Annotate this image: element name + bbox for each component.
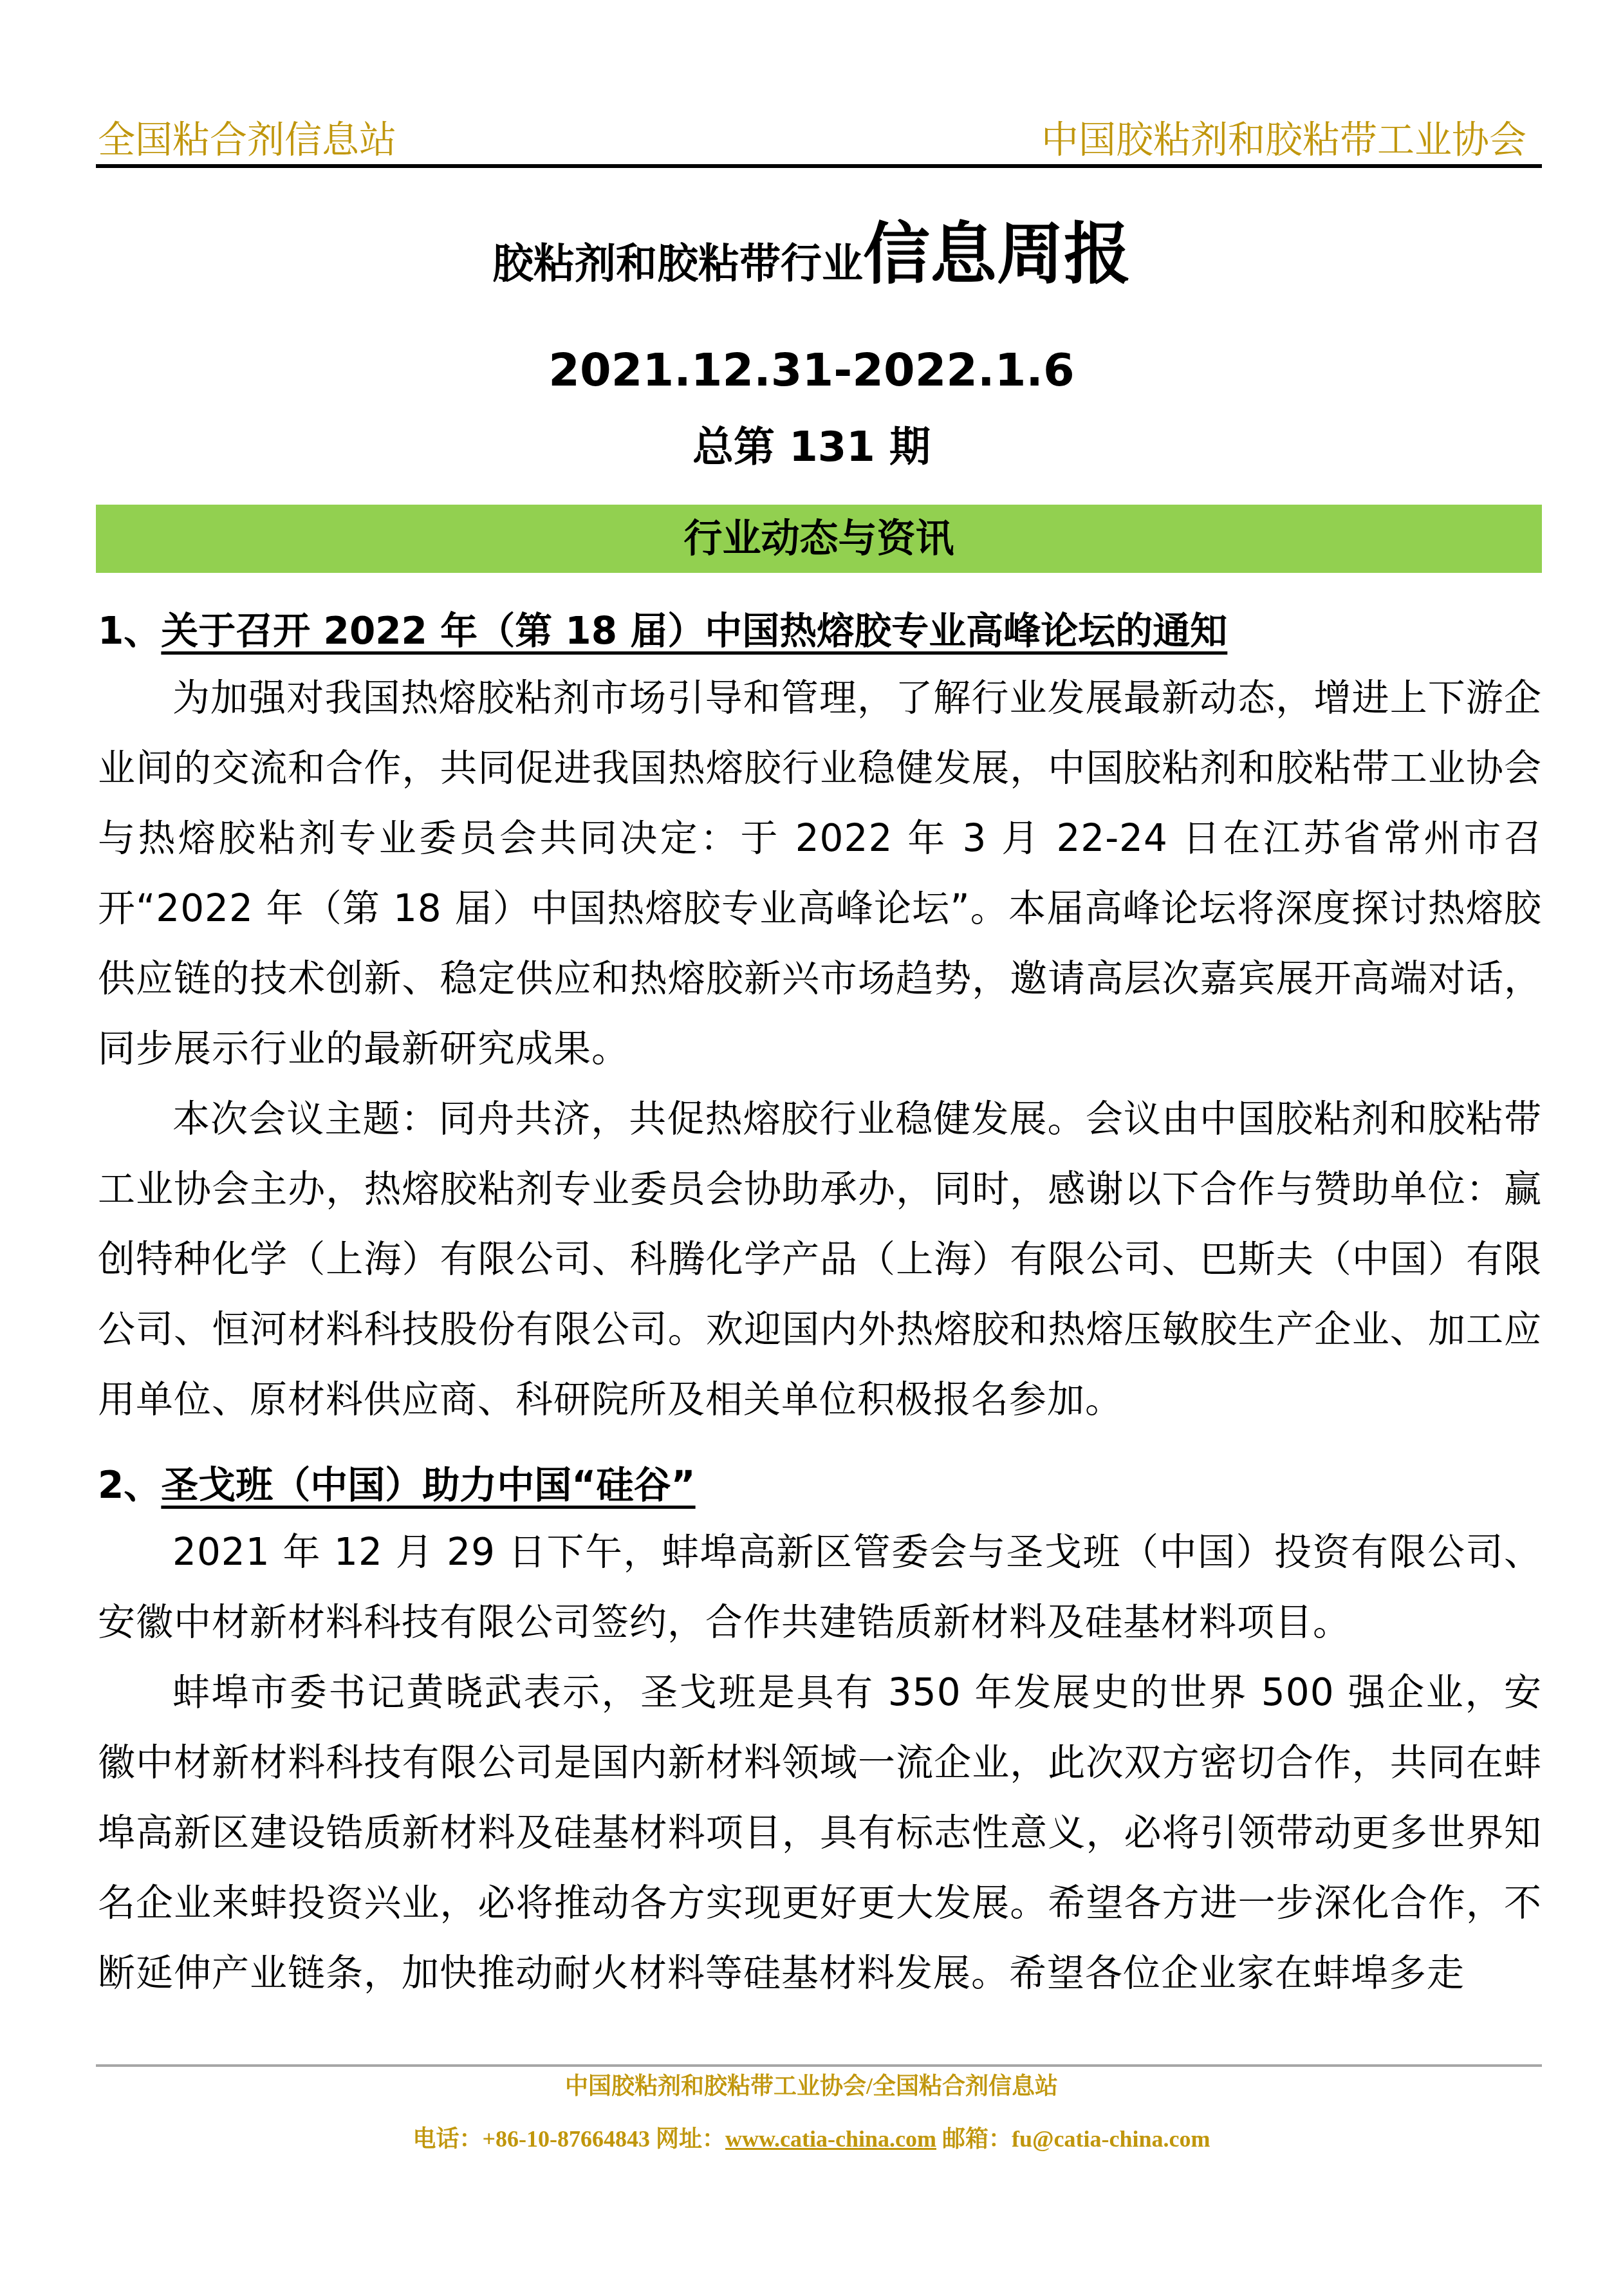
header-site-name: 全国粘合剂信息站 xyxy=(98,117,396,162)
phone-number: +86-10-87664843 xyxy=(483,2126,651,2152)
title-prefix: 胶粘剂和胶粘带行业 xyxy=(492,240,863,288)
page-title: 胶粘剂和胶粘带行业信息周报 xyxy=(0,212,1623,316)
article-1-heading: 1、关于召开 2022 年（第 18 届）中国热熔胶专业高峰论坛的通知 xyxy=(98,599,1542,663)
article-1-title: 关于召开 2022 年（第 18 届）中国热熔胶专业高峰论坛的通知 xyxy=(161,609,1227,653)
phone-label: 电话： xyxy=(413,2126,483,2152)
footer-org-line: 中国胶粘剂和胶粘带工业协会/全国粘合剂信息站 xyxy=(0,2070,1623,2102)
article-content: 1、关于召开 2022 年（第 18 届）中国热熔胶专业高峰论坛的通知 为加强对… xyxy=(98,599,1542,2008)
article-2-paragraph: 蚌埠市委书记黄晓武表示，圣戈班是具有 350 年发展史的世界 500 强企业，安… xyxy=(98,1657,1542,2008)
email-label: 邮箱： xyxy=(936,2126,1012,2152)
email-address: fu@catia-china.com xyxy=(1012,2126,1210,2152)
article-2-title: 圣戈班（中国）助力中国“硅谷” xyxy=(161,1463,695,1507)
header-association-name: 中国胶粘剂和胶粘带工业协会 xyxy=(1041,117,1526,162)
website-link[interactable]: www.catia-china.com xyxy=(725,2126,936,2152)
header-rule xyxy=(96,164,1542,168)
footer-contact-line: 电话：+86-10-87664843 网址：www.catia-china.co… xyxy=(0,2123,1623,2155)
article-1-paragraph: 本次会议主题：同舟共济，共促热熔胶行业稳健发展。会议由中国胶粘剂和胶粘带工业协会… xyxy=(98,1084,1542,1435)
article-1-number: 1、 xyxy=(98,609,161,653)
article-2-heading: 2、圣戈班（中国）助力中国“硅谷” xyxy=(98,1453,1542,1517)
article-2-paragraph: 2021 年 12 月 29 日下午，蚌埠高新区管委会与圣戈班（中国）投资有限公… xyxy=(98,1517,1542,1657)
article-1-paragraph: 为加强对我国热熔胶粘剂市场引导和管理，了解行业发展最新动态，增进上下游企业间的交… xyxy=(98,663,1542,1084)
footer-rule xyxy=(96,2064,1542,2067)
web-label: 网址： xyxy=(650,2126,725,2152)
date-range: 2021.12.31-2022.1.6 xyxy=(0,341,1623,399)
article-2-number: 2、 xyxy=(98,1463,161,1507)
section-band: 行业动态与资讯 xyxy=(96,505,1542,573)
title-main: 信息周报 xyxy=(863,215,1131,294)
issue-number: 总第 131 期 xyxy=(0,418,1623,476)
